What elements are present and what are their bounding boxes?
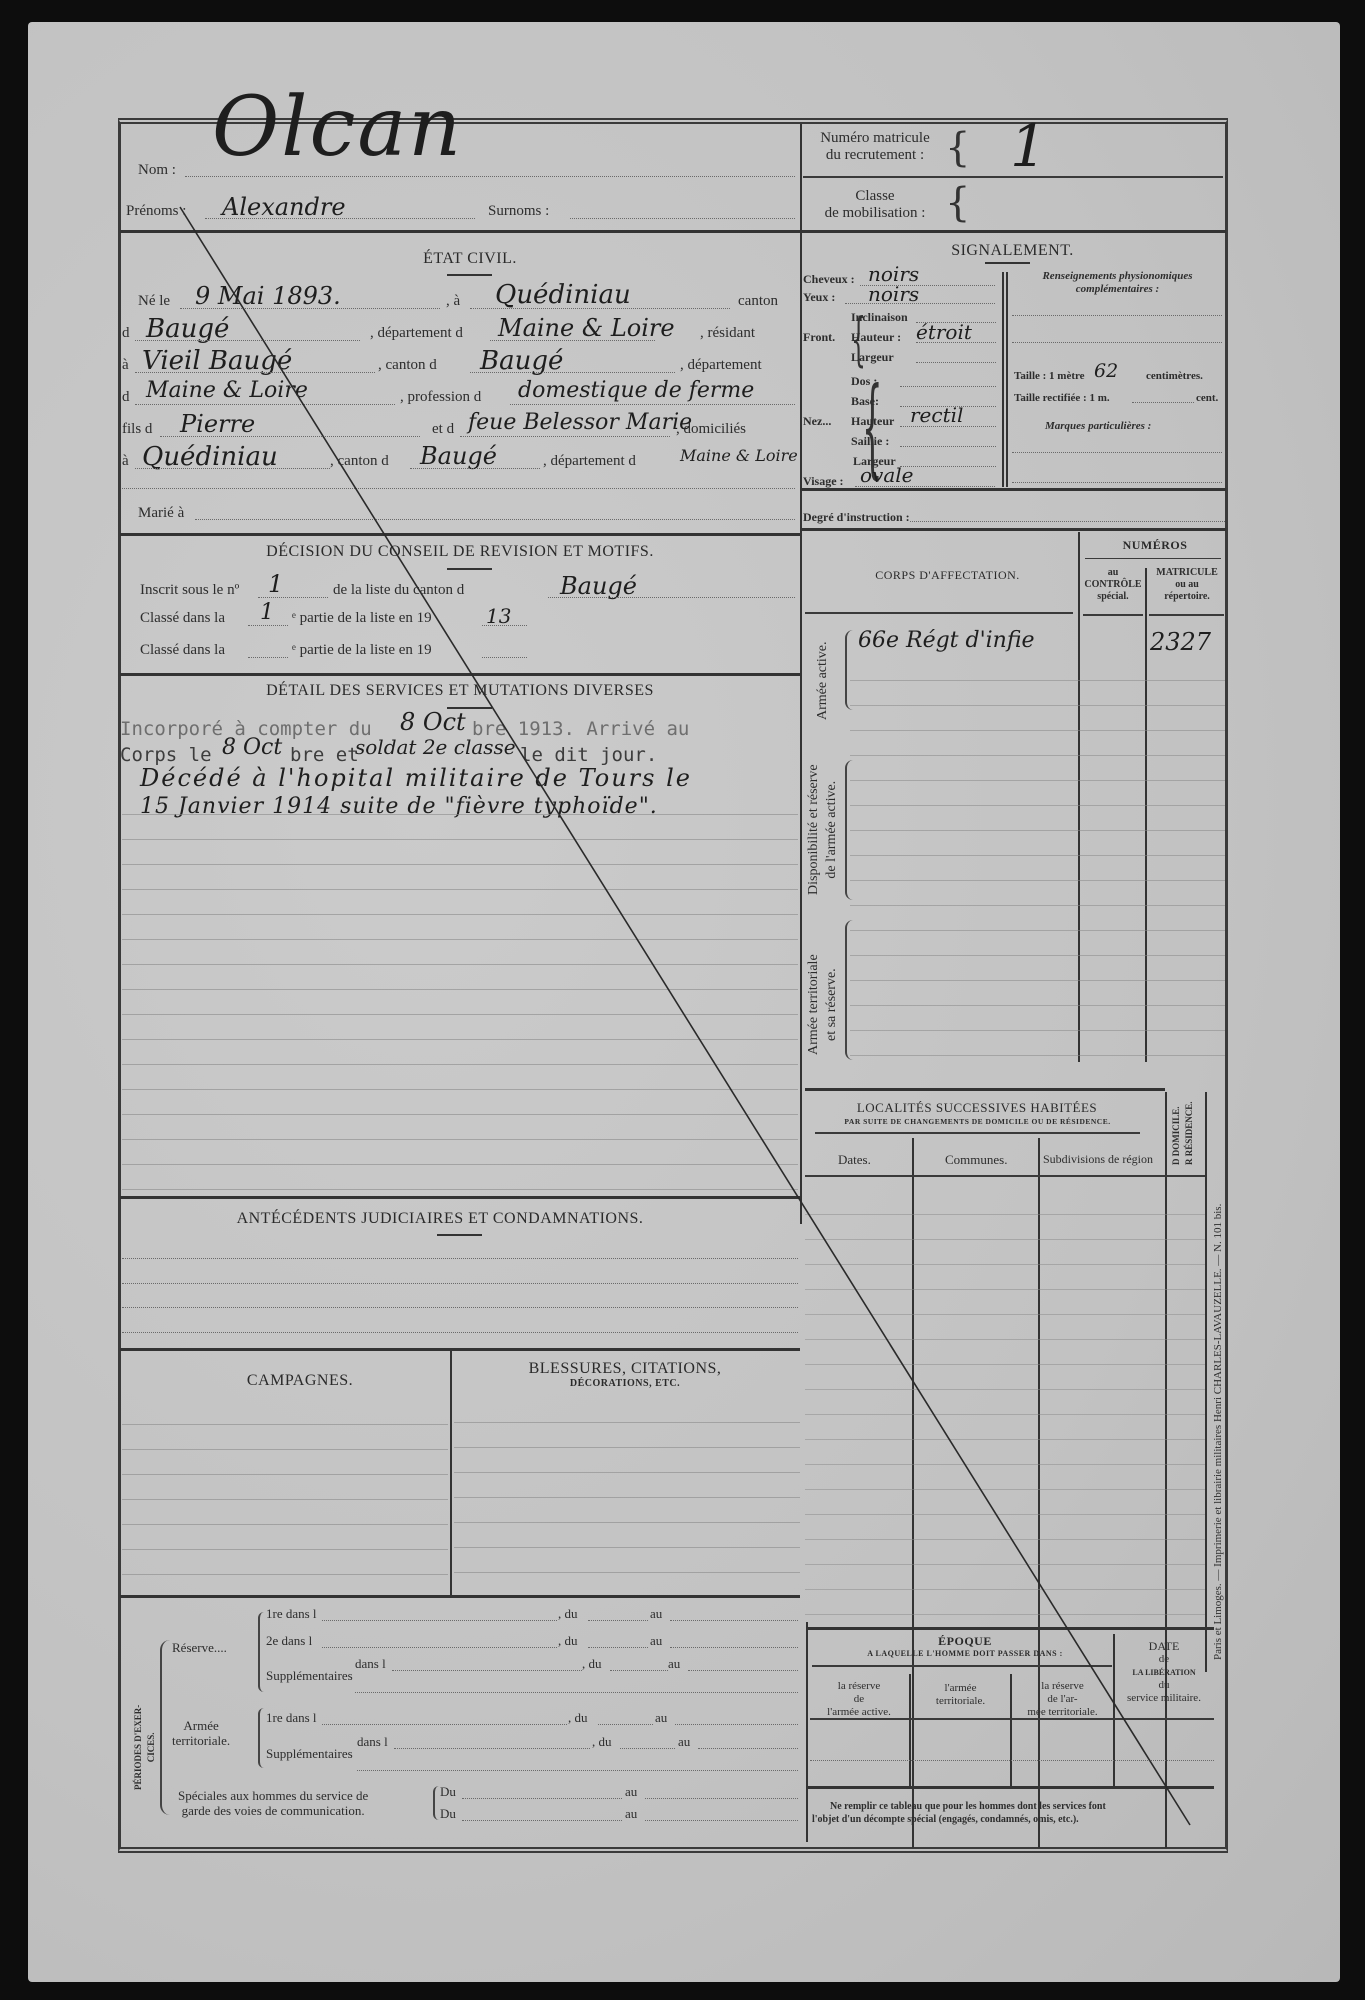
campagnes-bottom (120, 1595, 800, 1598)
speciales-au-1-line (645, 1798, 798, 1799)
campagnes-divider (450, 1350, 452, 1595)
territoriale-1re-au-line (675, 1724, 798, 1725)
services-line2-a: Corps le (120, 744, 212, 766)
renseignements-label: Renseignements physionomiques complément… (1010, 270, 1225, 296)
taille-rect-line (1132, 402, 1194, 403)
speciales-au-2-line (645, 1820, 798, 1821)
epoque-note-1: Ne remplir ce tableau que pour les homme… (812, 1800, 1212, 1813)
reserve-2e-line (322, 1647, 557, 1648)
reserve-1re-du-line (588, 1620, 648, 1621)
canton3-value: Baugé (420, 442, 497, 470)
mere-value: feue Belessor Marie (468, 410, 692, 435)
territoriale-1re-du: , du (568, 1710, 588, 1726)
signalement-bottom (802, 488, 1226, 491)
et-label: et d (432, 421, 454, 438)
date-col-4: du (1115, 1679, 1213, 1692)
a3-label: à (122, 453, 129, 470)
epoque-col3-1: la réserve (1013, 1680, 1112, 1693)
front-largeur-label: Largeur (851, 350, 894, 365)
annee1-line (482, 625, 527, 626)
col-controle-2: CONTRÔLE (1082, 579, 1144, 591)
nez-hauteur-label: Hauteur (851, 414, 894, 429)
etat-civil-bottom (120, 533, 800, 536)
reserve-1re-au: au (650, 1606, 662, 1622)
epoque-left-border (806, 1622, 808, 1842)
signalement-divider-a (1002, 272, 1004, 487)
disponibilite-label: Disponibilité et réserve de l'armée acti… (805, 764, 841, 895)
nez-line-2 (900, 406, 996, 407)
signalement-divider-b (1006, 272, 1008, 487)
controle-header-bottom (1083, 614, 1143, 616)
marques-label: Marques particulières : (1045, 420, 1151, 432)
front-line-3 (916, 362, 996, 363)
localites-header-bottom (805, 1175, 1205, 1177)
classe2-label: Classé dans la (140, 642, 225, 659)
col-controle-3: spécial. (1082, 591, 1144, 603)
decision-underline (447, 568, 492, 570)
prenoms-value: Alexandre (222, 193, 346, 221)
corps-ruled-lines (850, 656, 1225, 1056)
degre-instruction-label: Degré d'instruction : (803, 510, 910, 525)
departement-line (490, 340, 655, 341)
epoque-note-2: l'objet d'un décompte spécial (engagés, … (812, 1813, 1212, 1826)
epoque-col1-divider (909, 1674, 911, 1786)
reserve-supp-line (392, 1670, 582, 1671)
visage-label: Visage : (803, 474, 844, 489)
armee-active-brace (845, 630, 853, 710)
marie-line (195, 519, 795, 520)
a2-label: à (122, 357, 129, 374)
nez-line-1 (900, 386, 996, 387)
yeux-line (845, 303, 995, 304)
epoque-subtitle: A LAQUELLE L'HOMME DOIT PASSER DANS : (815, 1649, 1115, 1658)
campagnes-ruled-lines (122, 1400, 448, 1585)
reserve-2e-au: au (650, 1633, 662, 1649)
nom-label: Nom : (138, 162, 176, 179)
localites-col-subdivisions: Subdivisions de région (1043, 1152, 1153, 1167)
col-matricule-3: répertoire. (1148, 591, 1226, 603)
departement2-label: , département (680, 357, 762, 374)
canton2-line (470, 372, 675, 373)
epoque-col1-header: la réserve de l'armée active. (810, 1680, 908, 1719)
antecedents-title: ANTÉCÉDENTS JUDICIAIRES ET CONDAMNATIONS… (200, 1210, 680, 1228)
antecedents-line-4 (122, 1332, 798, 1333)
classe-brace: { (945, 180, 970, 226)
epoque-brace (812, 1665, 1112, 1667)
yeux-label: Yeux : (803, 290, 835, 305)
reserve-1re-label: 1re dans l (266, 1606, 317, 1622)
classe-label: Classe de mobilisation : (810, 188, 940, 222)
saillie-label: Saillie : (851, 434, 889, 449)
services-title: DÉTAIL DES SERVICES ET MUTATIONS DIVERSE… (250, 682, 670, 700)
marie-label: Marié à (138, 505, 184, 522)
surnoms-line (570, 218, 795, 219)
etat-civil-title: ÉTAT CIVIL. (400, 250, 540, 268)
date-col-1: DATE (1115, 1640, 1213, 1653)
reserve-label: Réserve.... (172, 1640, 227, 1656)
ne-le-line (180, 308, 440, 309)
renseignements-1: Renseignements physionomiques (1010, 270, 1225, 283)
epoque-note: Ne remplir ce tableau que pour les homme… (812, 1800, 1212, 1826)
matricule-brace: { (945, 125, 970, 171)
liste-canton-label: de la liste du canton d (333, 582, 464, 599)
canton2-label: , canton d (378, 357, 437, 374)
inscrit-label: Inscrit sous le nº (140, 582, 239, 599)
date-liberation-header: DATE de LA LIBÉRATION du service militai… (1115, 1640, 1213, 1705)
reserve-supp-du-line (610, 1670, 668, 1671)
epoque-col3-header: la réserve de l'ar- mée territoriale. (1013, 1680, 1112, 1719)
printer-imprint: Paris et Limoges. — Imprimerie et librai… (1212, 1204, 1224, 1660)
territoriale-supp-du-line (620, 1748, 675, 1749)
departement2-value: Maine & Loire (146, 378, 308, 403)
matricule-header-bottom (1149, 614, 1224, 616)
epoque-col1-1: la réserve (810, 1680, 908, 1693)
visage-line (855, 486, 995, 487)
departement3-label: , département d (543, 453, 636, 470)
territoriale-supp-line (394, 1748, 590, 1749)
territoriale-supp-du: , du (592, 1734, 612, 1750)
services-bottom (120, 1196, 800, 1199)
speciales-brace (433, 1786, 439, 1820)
reserve-supp-du: , du (582, 1656, 602, 1672)
localites-subtitle: PAR SUITE DE CHANGEMENTS DE DOMICILE OU … (810, 1117, 1145, 1126)
col-matricule-2: ou au (1148, 579, 1226, 591)
antecedents-bottom (120, 1348, 800, 1351)
disponibilite-label-1: Disponibilité et réserve (805, 764, 823, 895)
speciales-du-2-line (462, 1820, 622, 1821)
speciales-du-1: Du (440, 1784, 456, 1800)
epoque-col2-header: l'armée territoriale. (912, 1682, 1009, 1708)
header-bottom-left (120, 230, 800, 233)
taille-value: 62 (1094, 360, 1118, 382)
territoriale-supp-line-2 (357, 1770, 798, 1771)
epoque-row-line (810, 1760, 1214, 1761)
col-matricule-header: MATRICULE ou au répertoire. (1148, 567, 1226, 603)
armee-label-1: Armée (172, 1718, 230, 1733)
corps-matricule-value: 2327 (1150, 628, 1211, 656)
localites-ruled-lines (805, 1190, 1205, 1620)
marques-line-2 (1012, 482, 1222, 483)
speciales-au-1: au (625, 1784, 637, 1800)
reserve-1re-line (322, 1620, 557, 1621)
territoriale-supp-label: Supplémentaires (266, 1746, 353, 1762)
reserve-1re-du: , du (558, 1606, 578, 1622)
domicilies-label: , domiciliés (676, 421, 746, 438)
antecedents-underline (437, 1234, 482, 1236)
fils-label: fils d (122, 421, 152, 438)
localites-col-dates: Dates. (838, 1152, 871, 1168)
epoque-col2-divider (1010, 1674, 1012, 1786)
nez-line-3 (900, 426, 996, 427)
reserve-2e-du: , du (558, 1633, 578, 1649)
front-value: étroit (916, 320, 972, 344)
profession-value: domestique de ferme (518, 378, 754, 403)
ne-le-value: 9 Mai 1893. (195, 282, 341, 310)
speciales-label-2: garde des voies de communication. (178, 1803, 368, 1818)
residence-label: R RÉSIDENCE. (1183, 1101, 1196, 1165)
cheveux-label: Cheveux : (803, 272, 855, 287)
antecedents-line-1 (122, 1258, 798, 1259)
front-hauteur-label: Hauteur : (851, 330, 901, 345)
partie2-label: ᵉ partie de la liste en 19 (292, 642, 432, 659)
epoque-header-bottom (810, 1718, 1214, 1720)
front-line-1 (916, 322, 996, 323)
date-col-2: de (1115, 1653, 1213, 1666)
corps-bottom (805, 1088, 1165, 1091)
mere-line (460, 436, 670, 437)
partie1-label: ᵉ partie de la liste en 19 (292, 610, 432, 627)
periodes-label-1: PÉRIODES D'EXER- (132, 1705, 145, 1790)
residant-label: , résidant (700, 325, 755, 342)
epoque-col3-2: de l'ar- (1013, 1693, 1112, 1706)
services-line2-grade: soldat 2e classe (355, 735, 516, 759)
inclinaison-label: Inclinaison (851, 310, 908, 325)
domicile-line (135, 468, 330, 469)
pere-value: Pierre (180, 410, 255, 438)
armee-territoriale-label: Armée territoriale. (172, 1718, 230, 1748)
corps-title: CORPS D'AFFECTATION. (835, 568, 1060, 583)
front-line-2 (916, 342, 996, 343)
territoriale-1re-line (322, 1724, 567, 1725)
epoque-col2-1: l'armée (912, 1682, 1009, 1695)
epoque-title: ÉPOQUE (815, 1634, 1115, 1649)
etat-civil-underline (447, 274, 492, 276)
renseignements-2: complémentaires : (1010, 283, 1225, 296)
departement2-line (135, 404, 395, 405)
date-col-5: service militaire. (1115, 1692, 1213, 1705)
nez-line-4 (900, 446, 996, 447)
nez-label: Nez... (803, 414, 831, 429)
speciales-du-2: Du (440, 1806, 456, 1822)
profession-label: , profession d (400, 389, 481, 406)
classe-label-1: Classe (810, 188, 940, 205)
surnoms-label: Surnoms : (488, 203, 549, 220)
marques-line-1 (1012, 452, 1222, 453)
blessures-subtitle: DÉCORATIONS, ETC. (500, 1378, 750, 1389)
territoriale-brace (845, 920, 853, 1060)
epoque-col2-2: territoriale. (912, 1695, 1009, 1708)
header-bottom-right (802, 230, 1226, 233)
territoriale-supp-au-line (698, 1748, 798, 1749)
taille-unit: centimètres. (1146, 370, 1203, 382)
reserve-supp-line-2 (355, 1692, 798, 1693)
classe1-value: 1 (260, 600, 274, 625)
renseignements-line-2 (1012, 342, 1222, 343)
antecedents-line-2 (122, 1283, 798, 1284)
services-line1-date: 8 Oct (400, 708, 466, 736)
dos-label: Dos : (851, 374, 877, 389)
visage-value: ovale (860, 463, 914, 487)
de2-label: d (122, 389, 130, 406)
nez-line-5 (900, 466, 996, 467)
territoriale-1re-label: 1re dans l (266, 1710, 317, 1726)
matricule-label-2: du recrutement : (810, 147, 940, 164)
periodes-brace (160, 1640, 170, 1815)
localites-brace (815, 1132, 1140, 1134)
taille-rect-unit: cent. (1196, 392, 1218, 404)
matricule-divider (803, 176, 1223, 178)
territoriale-label-2: et sa réserve. (823, 954, 841, 1055)
front-label: Front. (803, 330, 835, 345)
matricule-value: 1 (1010, 112, 1047, 180)
territoriale-1re-du-line (598, 1724, 653, 1725)
armee-active-label: Armée active. (815, 641, 831, 720)
reserve-supp-au: au (668, 1656, 680, 1672)
degre-line (910, 521, 1225, 522)
decision-bottom (120, 673, 800, 676)
canton-line (135, 340, 360, 341)
corps-header-bottom (805, 612, 1073, 614)
classe1-line (248, 625, 288, 626)
numeros-title: NUMÉROS (1090, 538, 1220, 553)
reserve-1re-au-line (670, 1620, 798, 1621)
taille-label: Taille : 1 mètre (1014, 370, 1085, 382)
classe2-line (248, 657, 288, 658)
reserve-supp-label: Supplémentaires (266, 1668, 353, 1684)
territoriale-label-1: Armée territoriale (805, 954, 823, 1055)
liste-canton-value: Baugé (560, 572, 637, 600)
col-controle-header: au CONTRÔLE spécial. (1082, 567, 1144, 603)
classe-label-2: de mobilisation : (810, 205, 940, 222)
de-label: d (122, 325, 130, 342)
matricule-label: Numéro matricule du recrutement : (810, 130, 940, 164)
nom-line (185, 176, 795, 177)
speciales-label: Spéciales aux hommes du service de garde… (178, 1788, 368, 1818)
base-label: Base: (851, 394, 879, 409)
inscrit-value: 1 (268, 570, 283, 598)
classe1-label: Classé dans la (140, 610, 225, 627)
periodes-label-2: CICES. (145, 1705, 158, 1790)
speciales-label-1: Spéciales aux hommes du service de (178, 1788, 368, 1803)
ne-le-label: Né le (138, 293, 170, 310)
localites-col4-divider (1205, 1092, 1207, 1672)
reserve-brace (258, 1612, 264, 1692)
services-line3-deces: Décédé à l'hopital militaire de Tours le (140, 764, 692, 792)
liste-canton-line (548, 597, 795, 598)
periodes-side-label: PÉRIODES D'EXER- CICES. (132, 1705, 158, 1790)
residence-line (135, 372, 375, 373)
pere-line (160, 436, 420, 437)
speciales-au-2: au (625, 1806, 637, 1822)
blessures-title: BLESSURES, CITATIONS, (500, 1360, 750, 1378)
birthplace-value: Quédiniau (495, 280, 631, 310)
departement3-value: Maine & Loire (680, 446, 798, 465)
signalement-underline (985, 262, 1030, 264)
numeros-brace-line (1085, 558, 1221, 559)
armee-label-2: territoriale. (172, 1733, 230, 1748)
blessures-ruled-lines (454, 1398, 800, 1583)
canton3-line (410, 468, 540, 469)
col-matricule-1: MATRICULE (1148, 567, 1226, 579)
territoriale-1re-au: au (655, 1710, 667, 1726)
prenoms-line (205, 218, 475, 219)
reserve-2e-label: 2e dans l (266, 1633, 312, 1649)
column-divider (800, 124, 802, 1224)
signalement-title: SIGNALEMENT. (930, 242, 1095, 260)
decision-title: DÉCISION DU CONSEIL DE REVISION ET MOTIF… (250, 543, 670, 561)
domicile-label: D DOMICILE. (1170, 1101, 1183, 1165)
territoriale-supp-dans: dans l (357, 1734, 388, 1750)
reserve-2e-du-line (588, 1647, 648, 1648)
territoriale-supp-au: au (678, 1734, 690, 1750)
taille-rect-label: Taille rectifiée : 1 m. (1014, 392, 1110, 404)
reserve-supp-au-line (688, 1670, 798, 1671)
nom-value: Olcan (212, 80, 463, 175)
reserve-supp-dans: dans l (355, 1656, 386, 1672)
epoque-top (808, 1627, 1214, 1630)
canton-label: canton (738, 293, 778, 310)
reserve-2e-au-line (670, 1647, 798, 1648)
disponibilite-brace (845, 760, 853, 900)
blank-line-1 (122, 488, 795, 489)
canton3-label: , canton d (330, 453, 389, 470)
services-line2-c: le dit jour. (520, 744, 657, 766)
date-col-3: LA LIBÉRATION (1115, 1666, 1213, 1679)
col-controle-1: au (1082, 567, 1144, 579)
campagnes-title: CAMPAGNES. (200, 1372, 400, 1390)
degre-bottom (802, 528, 1226, 531)
annee2-line (482, 657, 527, 658)
corps-value: 66e Régt d'infie (858, 628, 1035, 653)
localites-side-label: D DOMICILE. R RÉSIDENCE. (1170, 1101, 1196, 1165)
territoriale-label: Armée territoriale et sa réserve. (805, 954, 841, 1055)
services-line2-date: 8 Oct (222, 735, 282, 760)
prenoms-label: Prénoms : (126, 203, 186, 220)
localites-col-communes: Communes. (945, 1152, 1007, 1168)
birthplace-line (470, 308, 730, 309)
departement-value: Maine & Loire (498, 314, 675, 342)
speciales-du-1-line (462, 1798, 622, 1799)
antecedents-line-3 (122, 1307, 798, 1308)
departement-label: , département d (370, 325, 463, 342)
localites-title: LOCALITÉS SUCCESSIVES HABITÉES (812, 1100, 1142, 1116)
disponibilite-label-2: de l'armée active. (823, 764, 841, 895)
a-label: , à (446, 293, 460, 310)
epoque-bottom (808, 1786, 1214, 1789)
inscrit-line (258, 597, 328, 598)
services-line2-b: bre et (290, 744, 359, 766)
matricule-label-1: Numéro matricule (810, 130, 940, 147)
services-ruled-lines (122, 790, 798, 1190)
epoque-col1-2: de (810, 1693, 908, 1706)
renseignements-line-1 (1012, 315, 1222, 316)
profession-line (510, 404, 795, 405)
armee-territoriale-brace (258, 1708, 264, 1768)
